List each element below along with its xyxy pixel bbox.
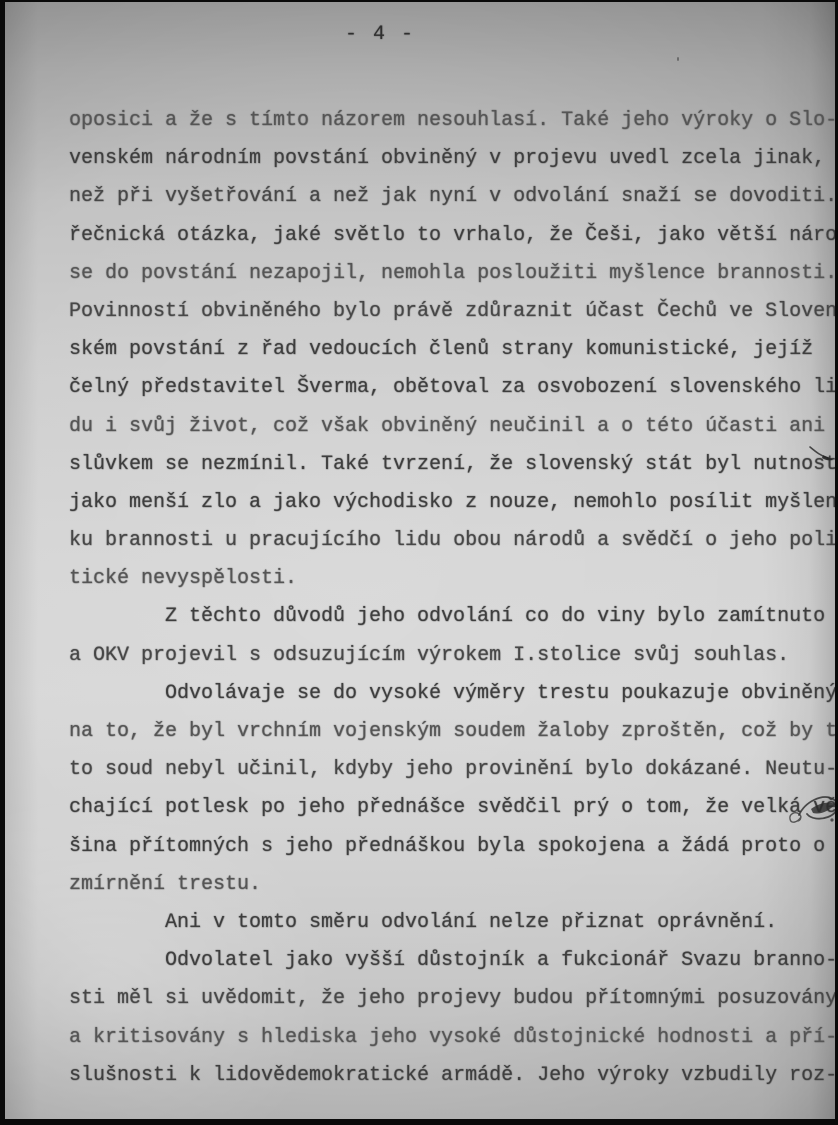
document-page: - 4 - oposici a že s tímto názorem nesou… bbox=[5, 2, 835, 1119]
ink-speck bbox=[677, 57, 679, 61]
text-line: a kritisovány s hlediska jeho vysoké důs… bbox=[69, 1019, 835, 1057]
text-line: řečnická otázka, jaké světlo to vrhalo, … bbox=[69, 217, 835, 255]
text-line: ském povstání z řad vedoucích členů stra… bbox=[69, 331, 835, 369]
text-line: ku brannosti u pracujícího lidu obou nár… bbox=[69, 522, 835, 560]
text-line: na to, že byl vrchním vojenským soudem ž… bbox=[69, 713, 835, 751]
text-line: Povinností obviněného bylo právě zdůrazn… bbox=[69, 293, 835, 331]
text-line: chající potlesk po jeho přednášce svědči… bbox=[69, 789, 835, 827]
text-line: a OKV projevil s odsuzujícím výrokem I.s… bbox=[69, 637, 835, 675]
text-line: se do povstání nezapojil, nemohla poslou… bbox=[69, 255, 835, 293]
text-block: oposici a že s tímto názorem nesouhlasí.… bbox=[69, 102, 835, 1095]
page-number: - 4 - bbox=[5, 23, 755, 46]
text-line: slůvkem se nezmínil. Také tvrzení, že sl… bbox=[69, 446, 835, 484]
pen-squiggle-mark bbox=[787, 790, 835, 842]
text-line: Odvolatel jako vyšší důstojník a fukcion… bbox=[69, 942, 835, 980]
text-line: du i svůj život, což však obviněný neuči… bbox=[69, 408, 835, 446]
pen-tick-mark bbox=[807, 444, 835, 468]
text-line: Odvolávaje se do vysoké výměry trestu po… bbox=[69, 675, 835, 713]
text-line: zmírnění trestu. bbox=[69, 866, 835, 904]
text-line: než při vyšetřování a než jak nyní v odv… bbox=[69, 178, 835, 216]
text-line: sti měl si uvědomit, že jeho projevy bud… bbox=[69, 980, 835, 1018]
text-line: slušnosti k lidovědemokratické armádě. J… bbox=[69, 1057, 835, 1095]
text-line: oposici a že s tímto názorem nesouhlasí.… bbox=[69, 102, 835, 140]
text-line: jako menší zlo a jako východisko z nouze… bbox=[69, 484, 835, 522]
text-line: Ani v tomto směru odvolání nelze přiznat… bbox=[69, 904, 835, 942]
text-line: čelný představitel Šverma, obětoval za o… bbox=[69, 369, 835, 407]
text-line: to soud nebyl učinil, kdyby jeho provině… bbox=[69, 751, 835, 789]
text-line: tické nevyspělosti. bbox=[69, 560, 835, 598]
text-line: šina přítomných s jeho přednáškou byla s… bbox=[69, 828, 835, 866]
text-line: venském národním povstání obviněný v pro… bbox=[69, 140, 835, 178]
text-line: Z těchto důvodů jeho odvolání co do viny… bbox=[69, 598, 835, 636]
scanned-document: - 4 - oposici a že s tímto názorem nesou… bbox=[0, 0, 838, 1125]
